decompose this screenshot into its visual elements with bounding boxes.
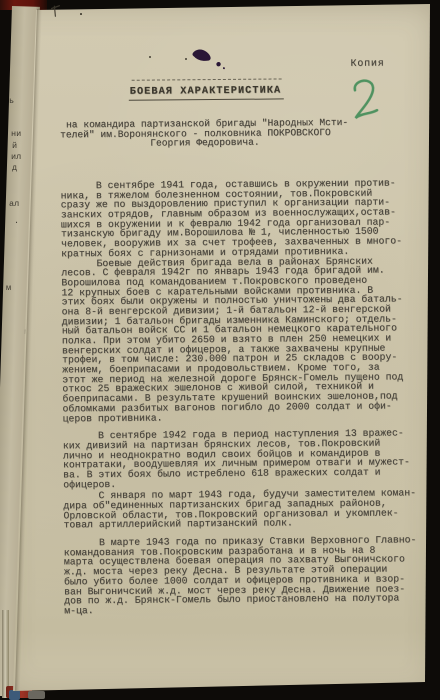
document-subtitle: на командира партизанской бригады "Народ… [60,117,412,149]
text-line: товал артиллерийский партизанский полк. [63,518,415,531]
copy-label: Копия [350,59,384,70]
ink-speck [185,58,187,60]
paragraph: С января по март 1943 года, будучи замес… [63,489,415,531]
paragraph: Боевые действия бригада вела в районах Б… [61,256,414,424]
paragraph: В марте 1943 года по приказу Ставки Верх… [64,535,417,616]
paragraph: В сентябре 1942 года в период наступлени… [63,428,415,489]
handwritten-page-number: 2 [348,76,386,121]
body-paragraphs: В сентябре 1941 года, оставшись в окруже… [61,178,417,616]
pencil-mark [50,4,63,19]
dashed-rule [132,78,282,80]
text-line: Георгия Федоровича. [150,137,412,149]
paragraph: В сентябре 1941 года, оставшись в окруже… [61,178,414,259]
document-title: БОЕВАЯ ХАРАКТЕРИСТИКА [129,85,285,100]
ink-speck [80,13,82,15]
ink-speck [149,56,151,58]
scanned-document-photo: ьнийилдал.мка Копия БОЕВАЯ ХАРАКТЕРИСТИК… [0,0,440,700]
